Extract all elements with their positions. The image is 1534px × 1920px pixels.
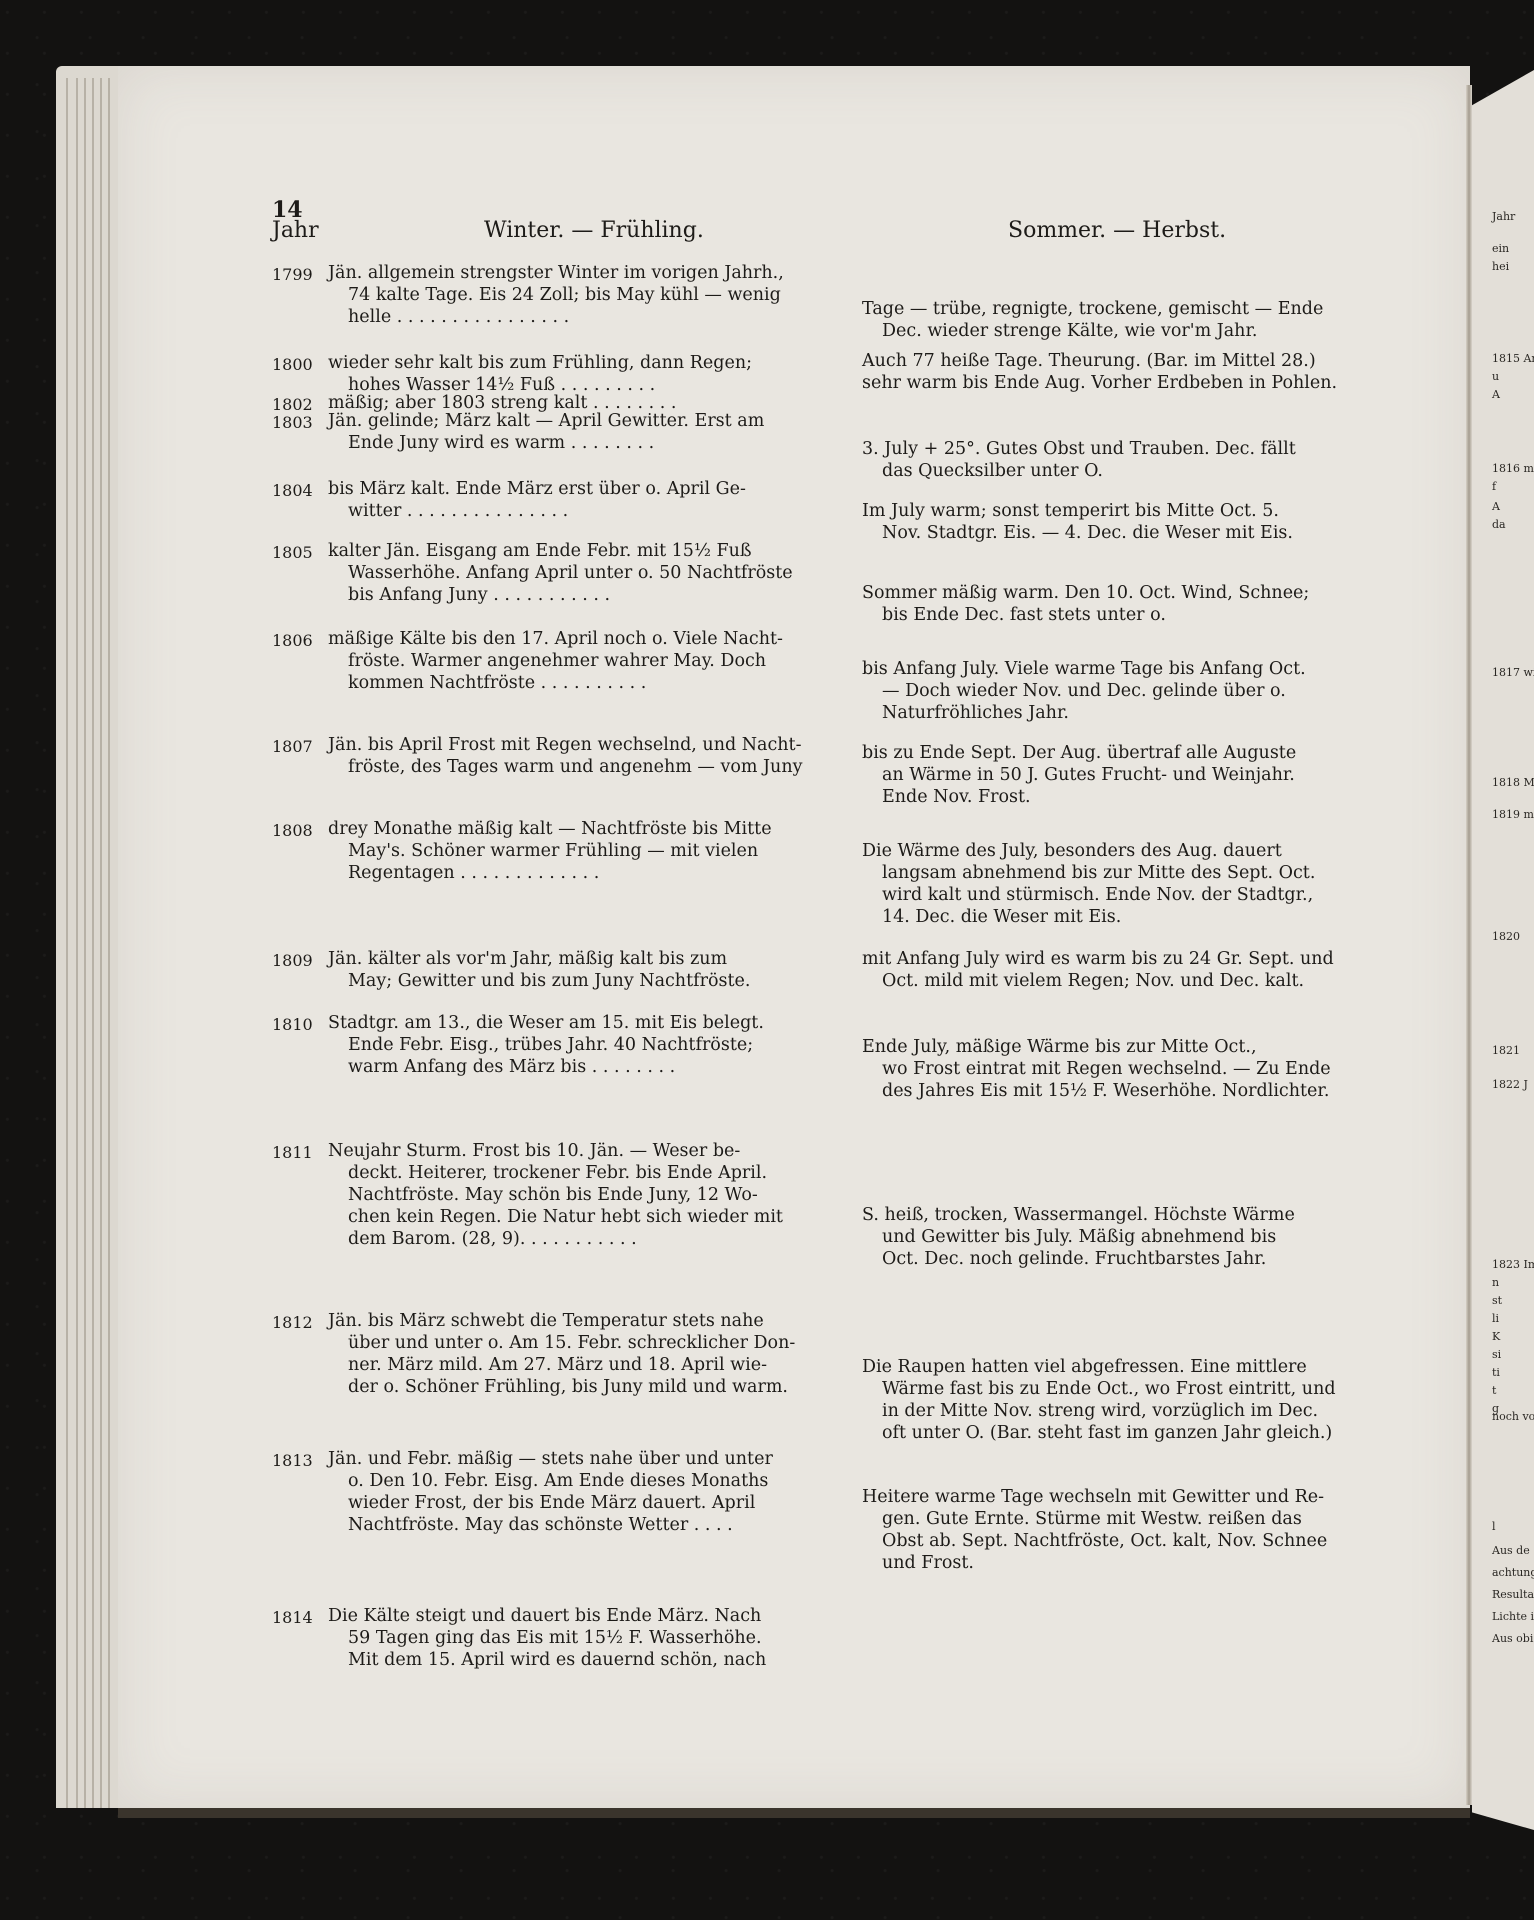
- summer-autumn-entry: bis zu Ende Sept. Der Aug. übertraf alle…: [862, 742, 1370, 808]
- summer-autumn-entry: 3. July + 25°. Gutes Obst und Trauben. D…: [862, 438, 1370, 482]
- entry-year: 1804: [272, 480, 322, 502]
- summer-autumn-line: bis zu Ende Sept. Der Aug. übertraf alle…: [862, 742, 1370, 764]
- summer-autumn-line: Oct. mild mit vielem Regen; Nov. und Dec…: [862, 970, 1370, 992]
- summer-autumn-line: Nov. Stadtgr. Eis. — 4. Dec. die Weser m…: [862, 522, 1370, 544]
- column-header-summer-autumn: Sommer. — Herbst.: [1008, 218, 1226, 243]
- winter-spring-line: 74 kalte Tage. Eis 24 Zoll; bis May kühl…: [328, 284, 784, 306]
- winter-spring-line: fröste. Warmer angenehmer wahrer May. Do…: [328, 650, 783, 672]
- winter-spring-line: Nachtfröste. May schön bis Ende Juny, 12…: [328, 1184, 783, 1206]
- winter-spring-line: Jän. und Febr. mäßig — stets nahe über u…: [328, 1448, 773, 1470]
- summer-autumn-entry: Die Raupen hatten viel abgefressen. Eine…: [862, 1356, 1370, 1444]
- summer-autumn-line: in der Mitte Nov. streng wird, vorzüglic…: [862, 1400, 1370, 1422]
- summer-autumn-line: Auch 77 heiße Tage. Theurung. (Bar. im M…: [862, 350, 1370, 372]
- winter-spring-line: Ende Juny wird es warm . . . . . . . .: [328, 432, 764, 454]
- summer-autumn-line: 14. Dec. die Weser mit Eis.: [862, 906, 1370, 928]
- winter-spring-line: Neujahr Sturm. Frost bis 10. Jän. — Wese…: [328, 1140, 783, 1162]
- winter-spring-line: bis Anfang Juny . . . . . . . . . . .: [328, 584, 793, 606]
- summer-autumn-line: gen. Gute Ernte. Stürme mit Westw. reiße…: [862, 1508, 1370, 1530]
- summer-autumn-entry: Im July warm; sonst temperirt bis Mitte …: [862, 500, 1370, 544]
- winter-spring-line: witter . . . . . . . . . . . . . . .: [328, 500, 746, 522]
- summer-autumn-entry: Heitere warme Tage wechseln mit Gewitter…: [862, 1486, 1370, 1574]
- winter-spring-line: Die Kälte steigt und dauert bis Ende Mär…: [328, 1605, 766, 1627]
- summer-autumn-line: — Doch wieder Nov. und Dec. gelinde über…: [862, 680, 1370, 702]
- summer-autumn-line: Oct. Dec. noch gelinde. Fruchtbarstes Ja…: [862, 1248, 1370, 1270]
- winter-spring-line: Jän. bis April Frost mit Regen wechselnd…: [328, 734, 802, 756]
- entry-year: 1814: [272, 1607, 322, 1629]
- entry-year: 1809: [272, 950, 322, 972]
- winter-spring-line: Jän. kälter als vor'm Jahr, mäßig kalt b…: [328, 948, 750, 970]
- winter-spring-line: May's. Schöner warmer Frühling — mit vie…: [328, 840, 772, 862]
- winter-spring-line: wieder Frost, der bis Ende März dauert. …: [328, 1492, 773, 1514]
- summer-autumn-line: Naturfröhliches Jahr.: [862, 702, 1370, 724]
- summer-autumn-line: 3. July + 25°. Gutes Obst und Trauben. D…: [862, 438, 1370, 460]
- page-content: 14 Jahr Winter. — Frühling. Sommer. — He…: [0, 0, 1534, 1920]
- summer-autumn-line: Wärme fast bis zu Ende Oct., wo Frost ei…: [862, 1378, 1370, 1400]
- summer-autumn-entry: Sommer mäßig warm. Den 10. Oct. Wind, Sc…: [862, 582, 1370, 626]
- summer-autumn-line: des Jahres Eis mit 15½ F. Weserhöhe. Nor…: [862, 1080, 1370, 1102]
- summer-autumn-line: mit Anfang July wird es warm bis zu 24 G…: [862, 948, 1370, 970]
- summer-autumn-entry: Auch 77 heiße Tage. Theurung. (Bar. im M…: [862, 350, 1370, 372]
- summer-autumn-line: Ende Nov. Frost.: [862, 786, 1370, 808]
- entry-year: 1800: [272, 354, 322, 376]
- entry-year: 1807: [272, 736, 322, 758]
- summer-autumn-line: bis Ende Dec. fast stets unter o.: [862, 604, 1370, 626]
- entry-year: 1811: [272, 1142, 322, 1164]
- summer-autumn-line: sehr warm bis Ende Aug. Vorher Erdbeben …: [862, 372, 1370, 394]
- summer-autumn-line: Ende July, mäßige Wärme bis zur Mitte Oc…: [862, 1036, 1370, 1058]
- entry-year: 1810: [272, 1014, 322, 1036]
- winter-spring-line: deckt. Heiterer, trockener Febr. bis End…: [328, 1162, 783, 1184]
- winter-spring-line: Jän. gelinde; März kalt — April Gewitter…: [328, 410, 764, 432]
- summer-autumn-entry: S. heiß, trocken, Wassermangel. Höchste …: [862, 1204, 1370, 1270]
- summer-autumn-line: Im July warm; sonst temperirt bis Mitte …: [862, 500, 1370, 522]
- summer-autumn-line: das Quecksilber unter O.: [862, 460, 1370, 482]
- entry-year: 1808: [272, 820, 322, 842]
- winter-spring-line: bis März kalt. Ende März erst über o. Ap…: [328, 478, 746, 500]
- winter-spring-line: Wasserhöhe. Anfang April unter o. 50 Nac…: [328, 562, 793, 584]
- winter-spring-line: mäßige Kälte bis den 17. April noch o. V…: [328, 628, 783, 650]
- summer-autumn-line: Dec. wieder strenge Kälte, wie vor'm Jah…: [862, 320, 1370, 342]
- winter-spring-line: Stadtgr. am 13., die Weser am 15. mit Ei…: [328, 1012, 764, 1034]
- winter-spring-line: 59 Tagen ging das Eis mit 15½ F. Wasserh…: [328, 1627, 766, 1649]
- winter-spring-line: May; Gewitter und bis zum Juny Nachtfrös…: [328, 970, 750, 992]
- summer-autumn-line: an Wärme in 50 J. Gutes Frucht- und Wein…: [862, 764, 1370, 786]
- column-header-year: Jahr: [272, 218, 319, 243]
- winter-spring-line: Regentagen . . . . . . . . . . . . .: [328, 862, 772, 884]
- summer-autumn-entry: Die Wärme des July, besonders des Aug. d…: [862, 840, 1370, 928]
- entry-year: 1803: [272, 412, 322, 434]
- winter-spring-line: der o. Schöner Frühling, bis Juny mild u…: [328, 1376, 795, 1398]
- winter-spring-line: warm Anfang des März bis . . . . . . . .: [328, 1056, 764, 1078]
- winter-spring-line: kommen Nachtfröste . . . . . . . . . .: [328, 672, 783, 694]
- winter-spring-line: ner. März mild. Am 27. März und 18. Apri…: [328, 1354, 795, 1376]
- entry-year: 1806: [272, 630, 322, 652]
- summer-autumn-line: Heitere warme Tage wechseln mit Gewitter…: [862, 1486, 1370, 1508]
- winter-spring-line: kalter Jän. Eisgang am Ende Febr. mit 15…: [328, 540, 793, 562]
- summer-autumn-entry: sehr warm bis Ende Aug. Vorher Erdbeben …: [862, 372, 1370, 394]
- summer-autumn-line: und Gewitter bis July. Mäßig abnehmend b…: [862, 1226, 1370, 1248]
- entry-year: 1799: [272, 264, 322, 286]
- summer-autumn-entry: Tage — trübe, regnigte, trockene, gemisc…: [862, 298, 1370, 342]
- winter-spring-line: Jän. bis März schwebt die Temperatur ste…: [328, 1310, 795, 1332]
- summer-autumn-entry: mit Anfang July wird es warm bis zu 24 G…: [862, 948, 1370, 992]
- summer-autumn-entry: Ende July, mäßige Wärme bis zur Mitte Oc…: [862, 1036, 1370, 1102]
- summer-autumn-line: Die Raupen hatten viel abgefressen. Eine…: [862, 1356, 1370, 1378]
- summer-autumn-line: wird kalt und stürmisch. Ende Nov. der S…: [862, 884, 1370, 906]
- winter-spring-line: Mit dem 15. April wird es dauernd schön,…: [328, 1649, 766, 1671]
- winter-spring-line: drey Monathe mäßig kalt — Nachtfröste bi…: [328, 818, 772, 840]
- summer-autumn-line: S. heiß, trocken, Wassermangel. Höchste …: [862, 1204, 1370, 1226]
- winter-spring-line: o. Den 10. Febr. Eisg. Am Ende dieses Mo…: [328, 1470, 773, 1492]
- summer-autumn-line: und Frost.: [862, 1552, 1370, 1574]
- summer-autumn-line: Tage — trübe, regnigte, trockene, gemisc…: [862, 298, 1370, 320]
- winter-spring-line: dem Barom. (28, 9). . . . . . . . . . .: [328, 1228, 783, 1250]
- winter-spring-line: Jän. allgemein strengster Winter im vori…: [328, 262, 784, 284]
- winter-spring-line: Nachtfröste. May das schönste Wetter . .…: [328, 1514, 773, 1536]
- entry-year: 1805: [272, 542, 322, 564]
- summer-autumn-entry: bis Anfang July. Viele warme Tage bis An…: [862, 658, 1370, 724]
- winter-spring-line: fröste, des Tages warm und angenehm — vo…: [328, 756, 802, 778]
- winter-spring-line: Ende Febr. Eisg., trübes Jahr. 40 Nachtf…: [328, 1034, 764, 1056]
- winter-spring-line: helle . . . . . . . . . . . . . . . .: [328, 306, 784, 328]
- entry-year: 1813: [272, 1450, 322, 1472]
- winter-spring-line: wieder sehr kalt bis zum Frühling, dann …: [328, 352, 752, 374]
- entry-year: 1812: [272, 1312, 322, 1334]
- summer-autumn-line: Sommer mäßig warm. Den 10. Oct. Wind, Sc…: [862, 582, 1370, 604]
- summer-autumn-line: langsam abnehmend bis zur Mitte des Sept…: [862, 862, 1370, 884]
- summer-autumn-line: Die Wärme des July, besonders des Aug. d…: [862, 840, 1370, 862]
- summer-autumn-line: Obst ab. Sept. Nachtfröste, Oct. kalt, N…: [862, 1530, 1370, 1552]
- summer-autumn-line: bis Anfang July. Viele warme Tage bis An…: [862, 658, 1370, 680]
- summer-autumn-line: oft unter O. (Bar. steht fast im ganzen …: [862, 1422, 1370, 1444]
- column-header-winter-spring: Winter. — Frühling.: [484, 218, 704, 243]
- winter-spring-line: über und unter o. Am 15. Febr. schreckli…: [328, 1332, 795, 1354]
- summer-autumn-line: wo Frost eintrat mit Regen wechselnd. — …: [862, 1058, 1370, 1080]
- winter-spring-line: chen kein Regen. Die Natur hebt sich wie…: [328, 1206, 783, 1228]
